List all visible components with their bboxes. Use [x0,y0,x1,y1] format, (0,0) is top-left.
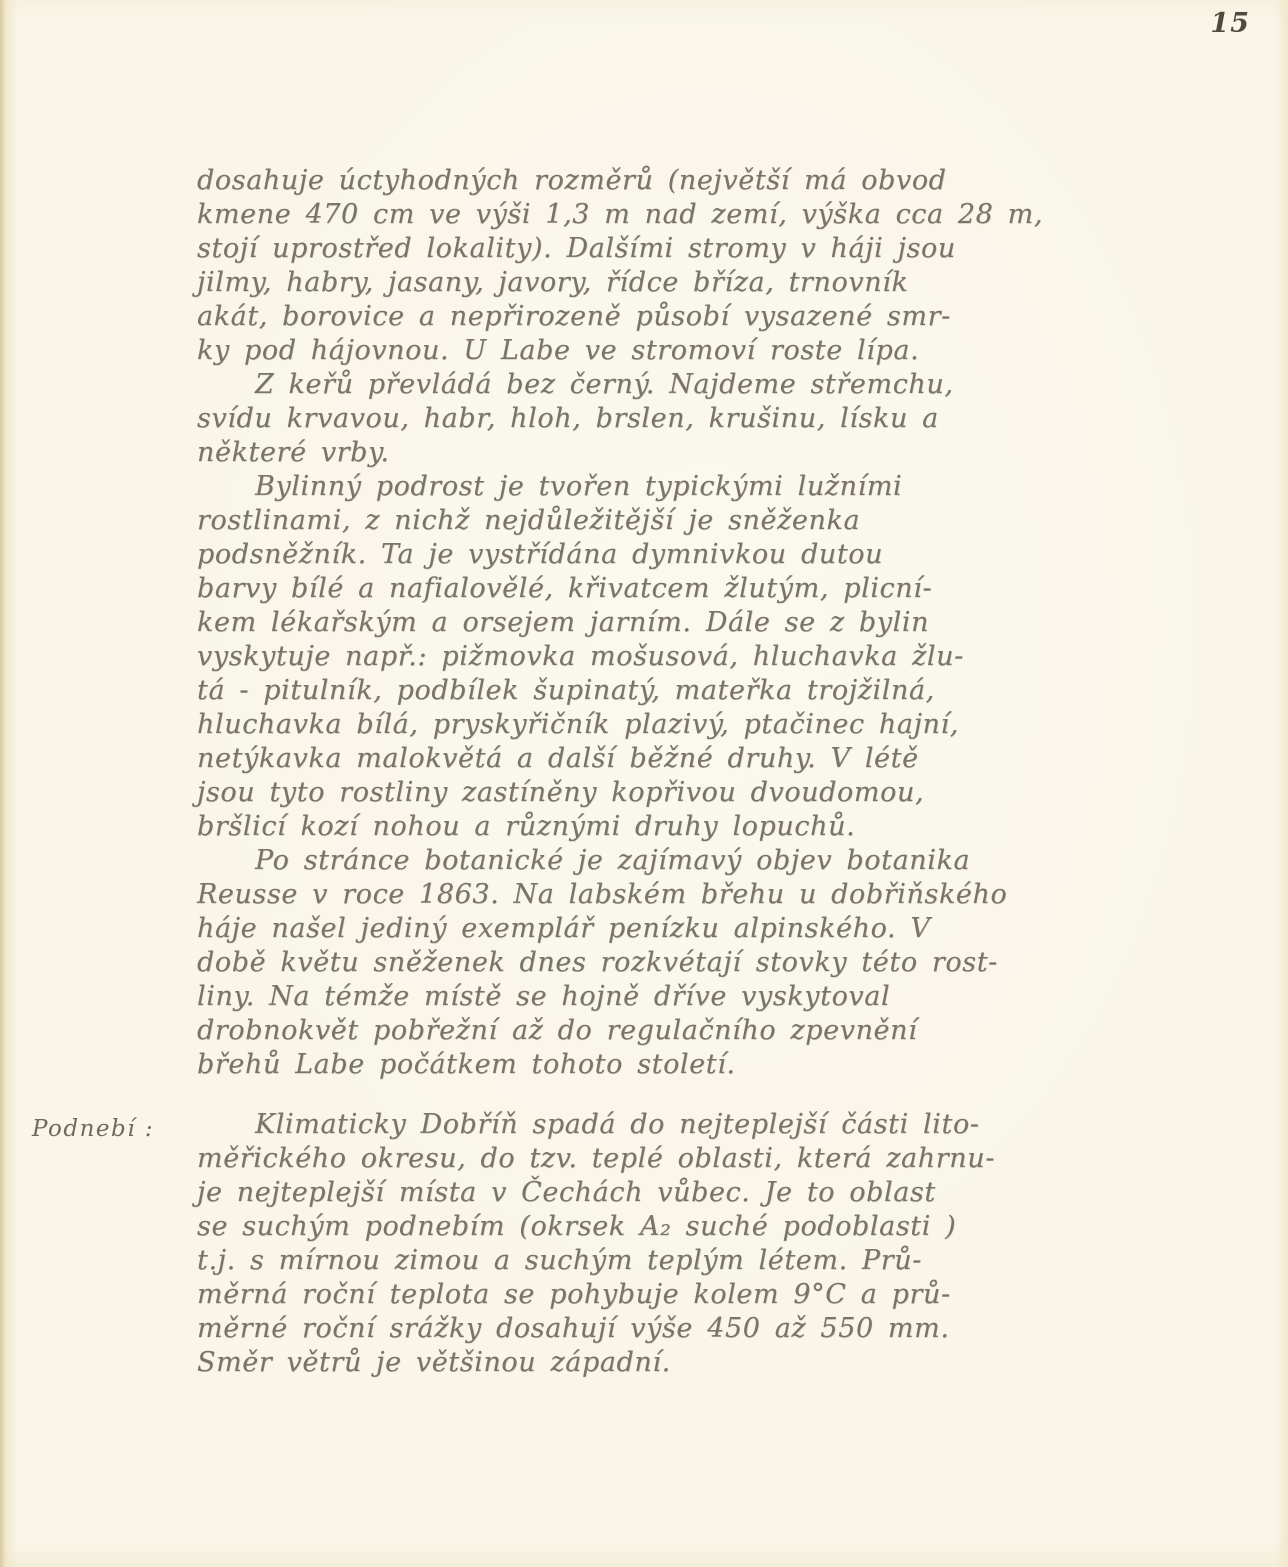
paragraph-3: Bylinný podrost je tvořen typickými lužn… [197,470,1129,844]
handwritten-line: ky pod hájovnou. U Labe ve stromoví rost… [197,334,1129,368]
handwritten-line: Směr větrů je většinou západní. [197,1346,1129,1380]
handwritten-line: Klimaticky Dobříň spadá do nejteplejší č… [197,1108,1129,1142]
handwritten-line: netýkavka malokvětá a další běžné druhy.… [197,742,1129,776]
handwritten-line: hluchavka bílá, pryskyřičník plazivý, pt… [197,708,1129,742]
handwritten-line: kmene 470 cm ve výši 1,3 m nad zemí, výš… [197,198,1129,232]
handwritten-line: t.j. s mírnou zimou a suchým teplým léte… [197,1244,1129,1278]
manuscript-page: 15 Podnebí : dosahuje úctyhodných rozměr… [0,0,1288,1567]
handwritten-line: měrná roční teplota se pohybuje kolem 9°… [197,1278,1129,1312]
handwritten-line: dosahuje úctyhodných rozměrů (největší m… [197,164,1129,198]
handwritten-line: břehů Labe počátkem tohoto století. [197,1048,1129,1082]
handwritten-line: háje našel jediný exemplář penízku alpin… [197,912,1129,946]
handwritten-text-block: dosahuje úctyhodných rozměrů (největší m… [197,164,1129,1380]
margin-note-podnebi: Podnebí : [32,1116,154,1142]
handwritten-line: je nejteplejší místa v Čechách vůbec. Je… [197,1176,1129,1210]
handwritten-line: měřického okresu, do tzv. teplé oblasti,… [197,1142,1129,1176]
handwritten-line: době květu sněženek dnes rozkvétají stov… [197,946,1129,980]
handwritten-line: vyskytuje např.: pižmovka mošusová, hluc… [197,640,1129,674]
paragraph-1: dosahuje úctyhodných rozměrů (největší m… [197,164,1129,368]
handwritten-line: liny. Na témže místě se hojně dříve vysk… [197,980,1129,1014]
handwritten-line: jsou tyto rostliny zastíněny kopřivou dv… [197,776,1129,810]
handwritten-line: barvy bílé a nafialovělé, křivatcem žlut… [197,572,1129,606]
paragraph-4: Po stránce botanické je zajímavý objev b… [197,844,1129,1082]
handwritten-line: rostlinami, z nichž nejdůležitější je sn… [197,504,1129,538]
handwritten-line: Reusse v roce 1863. Na labském břehu u d… [197,878,1129,912]
handwritten-line: akát, borovice a nepřirozeně působí vysa… [197,300,1129,334]
handwritten-line: svídu krvavou, habr, hloh, brslen, kruši… [197,402,1129,436]
handwritten-line: bršlicí kozí nohou a různými druhy lopuc… [197,810,1129,844]
paragraph-2: Z keřů převládá bez černý. Najdeme střem… [197,368,1129,470]
handwritten-line: stojí uprostřed lokality). Dalšími strom… [197,232,1129,266]
handwritten-line: Po stránce botanické je zajímavý objev b… [197,844,1129,878]
handwritten-line: Bylinný podrost je tvořen typickými lužn… [197,470,1129,504]
paragraph-5: Klimaticky Dobříň spadá do nejteplejší č… [197,1108,1129,1380]
handwritten-line: některé vrby. [197,436,1129,470]
handwritten-line: se suchým podnebím (okrsek A₂ suché podo… [197,1210,1129,1244]
handwritten-line: měrné roční srážky dosahují výše 450 až … [197,1312,1129,1346]
handwritten-line: kem lékařským a orsejem jarním. Dále se … [197,606,1129,640]
handwritten-line: jilmy, habry, jasany, javory, řídce bříz… [197,266,1129,300]
handwritten-line: tá - pitulník, podbílek šupinatý, mateřk… [197,674,1129,708]
handwritten-line: drobnokvět pobřežní až do regulačního zp… [197,1014,1129,1048]
handwritten-line: Z keřů převládá bez černý. Najdeme střem… [197,368,1129,402]
handwritten-line: podsněžník. Ta je vystřídána dymnivkou d… [197,538,1129,572]
page-number: 15 [1210,8,1250,39]
